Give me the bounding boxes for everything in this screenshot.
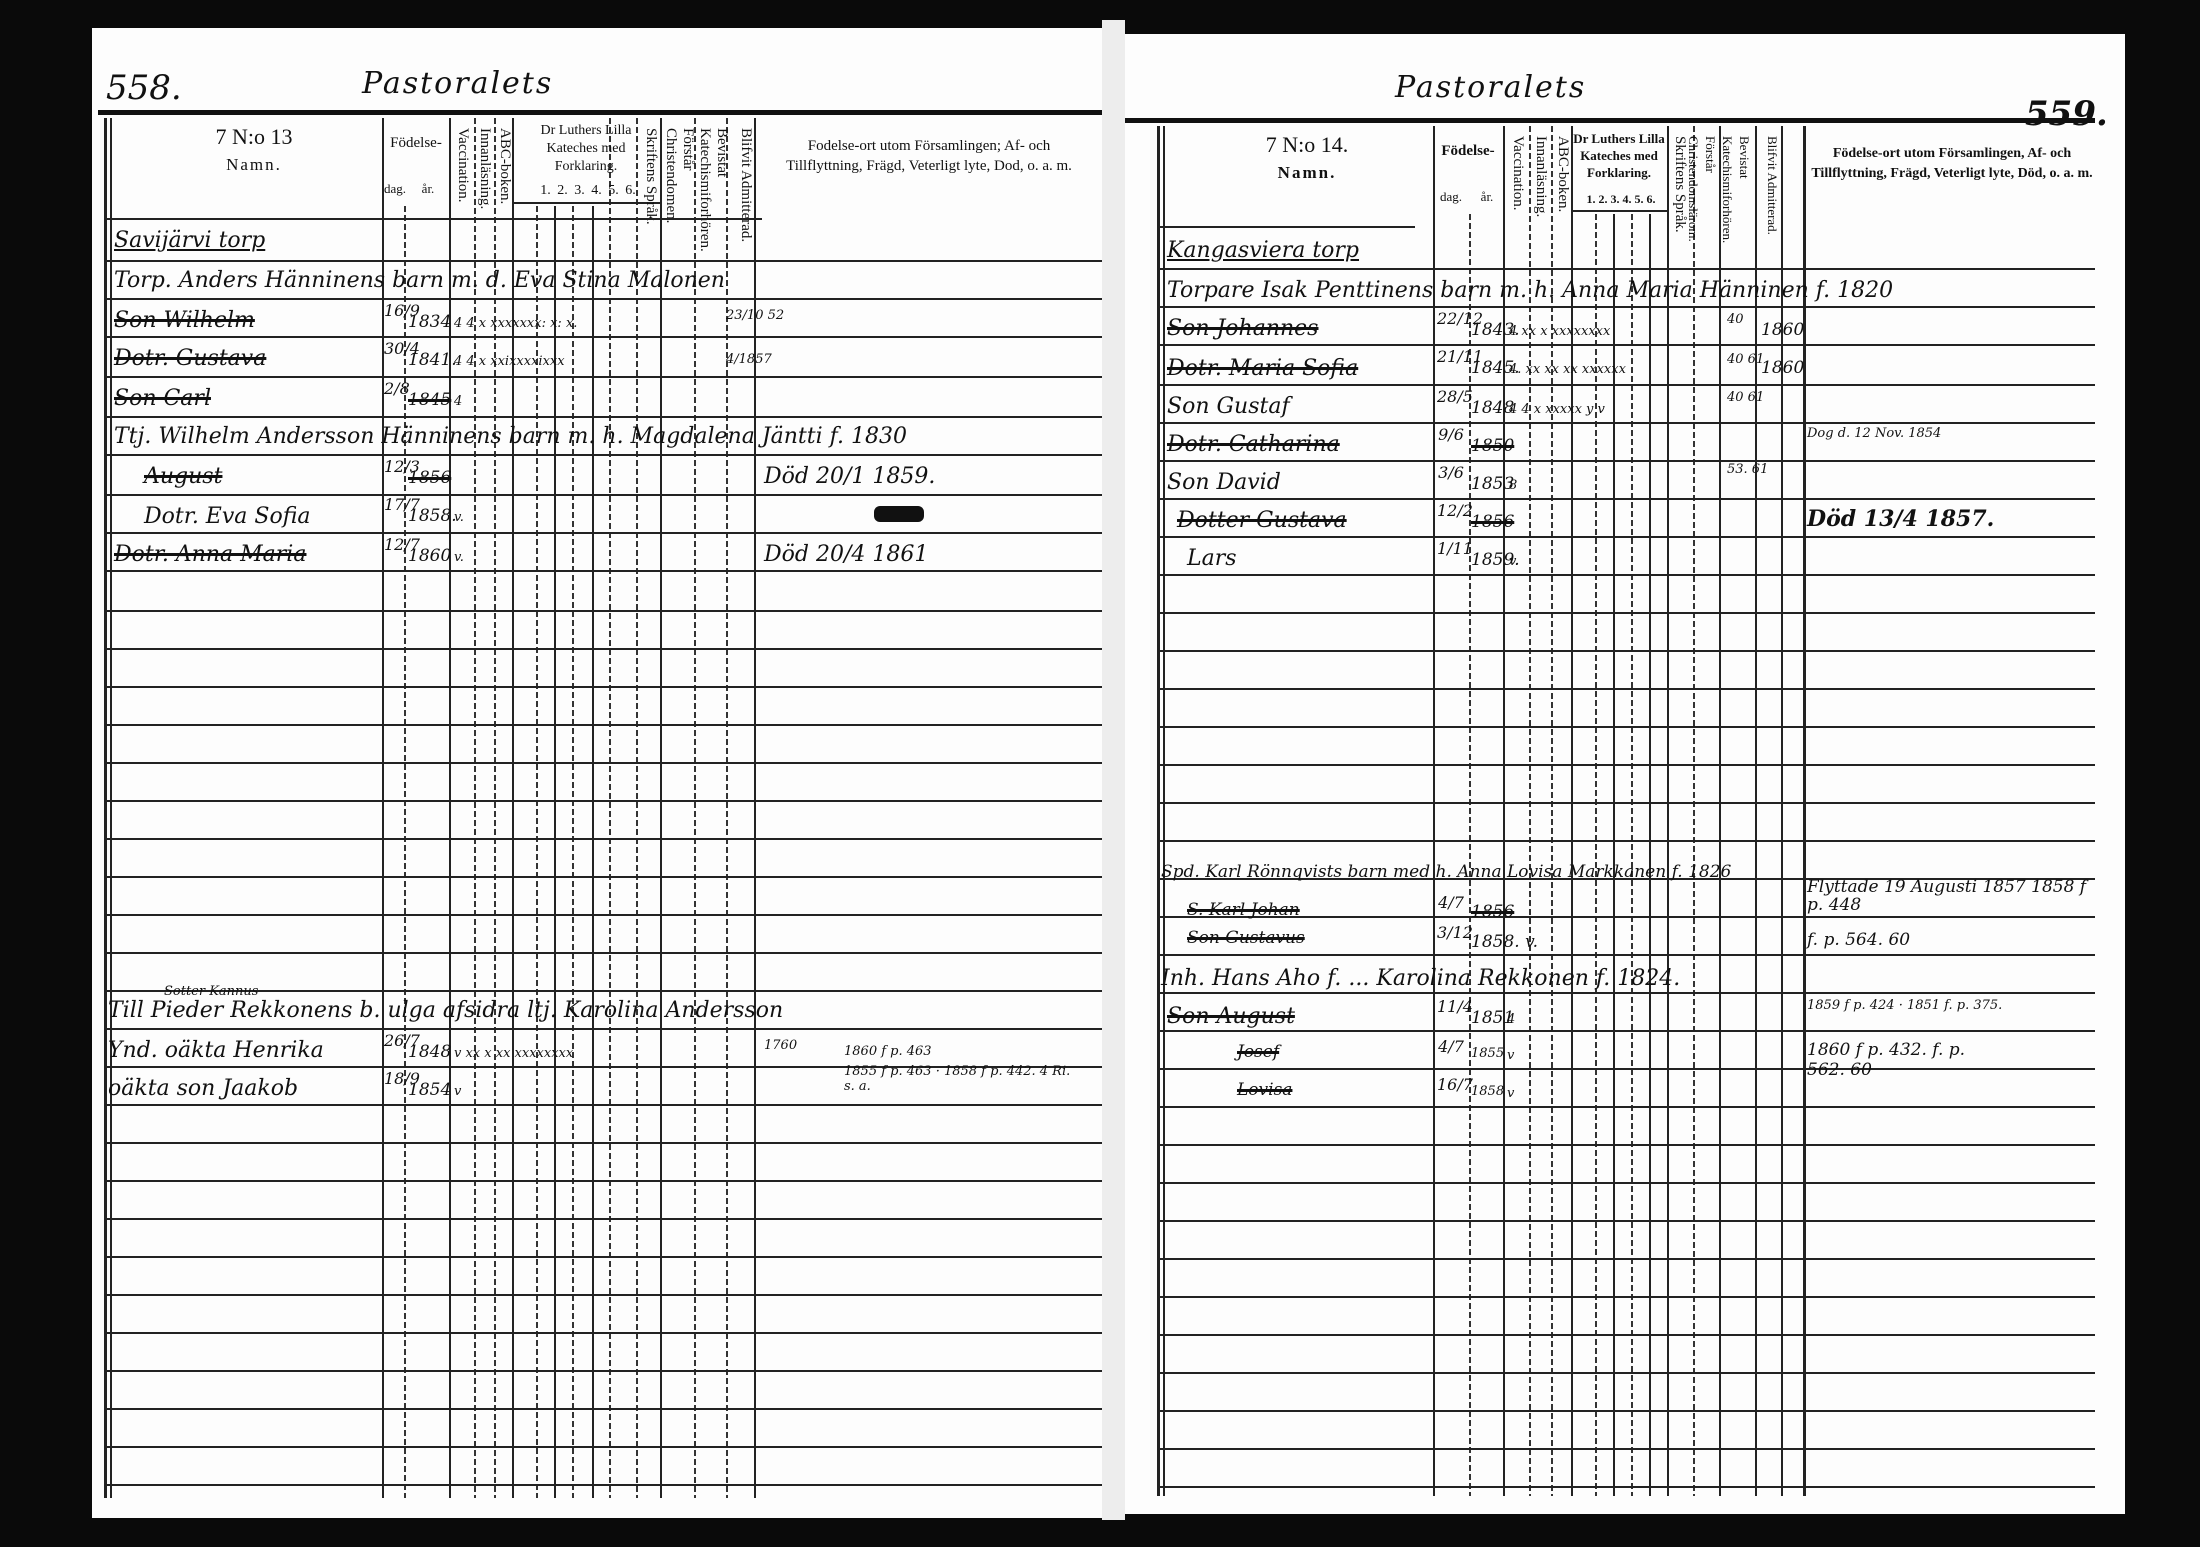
person-name: Son Johannes bbox=[1167, 316, 1318, 341]
remark: Död 13/4 1857. bbox=[1807, 506, 1994, 532]
remark: Flyttade 19 Augusti 1857 1858 f p. 448 bbox=[1807, 878, 2097, 914]
running-head: Pastoralets bbox=[1395, 70, 1586, 105]
person-name: S. Karl Johan bbox=[1187, 900, 1300, 920]
remark: 1859 f p. 424 · 1851 f. p. 375. bbox=[1807, 998, 2087, 1013]
col-header-birth: Födelse- bbox=[384, 132, 448, 154]
col-header-abc: ABC-boken. bbox=[496, 128, 513, 204]
person-name: August bbox=[144, 464, 222, 489]
person-name: Josef bbox=[1237, 1042, 1279, 1062]
remark: 1860 f p. 463 bbox=[844, 1044, 932, 1059]
ink-blot bbox=[874, 506, 924, 522]
catechism-subcols: 1. 2. 3. 4. 5. 6. bbox=[516, 180, 660, 202]
remark: 1860 f p. 432. f. p. 562. 60 bbox=[1807, 1040, 2007, 1080]
remark: Död 20/4 1861 bbox=[764, 542, 928, 567]
head-of-household: Torpare Isak Penttinens barn m. h. Anna … bbox=[1167, 278, 1893, 303]
person-name: Dotr. Anna Maria bbox=[114, 542, 306, 567]
right-page: Pastoralets 559. 7 N:o 14. Namn. Födelse… bbox=[1125, 34, 2125, 1514]
col-header-reading: Innanläsning. bbox=[476, 128, 493, 209]
head-of-household: Inh. Hans Aho f. ... Karolina Rekkonen f… bbox=[1161, 966, 1680, 991]
person-name: Dotr. Maria Sofia bbox=[1167, 356, 1358, 381]
person-name: Son Wilhelm bbox=[114, 308, 255, 333]
col-header-day: dag. bbox=[384, 178, 406, 200]
col-header-birth: Födelse- bbox=[1435, 140, 1501, 162]
person-name: Son Gustavus bbox=[1187, 928, 1305, 948]
col-header-scripture: Skriftens Språk. bbox=[642, 128, 659, 225]
head-of-household: Torp. Anders Hänninens barn m. d. Eva St… bbox=[114, 268, 725, 293]
col-header-catechism-hearings: Bevistat Katechismiforhören. bbox=[700, 128, 730, 248]
col-header-abc: ABC-boken. bbox=[1554, 136, 1571, 212]
col-header-christian: Förstår Christendomslärom. bbox=[1695, 136, 1719, 256]
person-name: Son Gustaf bbox=[1167, 394, 1290, 419]
folio-number: 558. bbox=[106, 68, 182, 108]
person-name: Son August bbox=[1167, 1004, 1295, 1029]
col-header-catechism: Dr Luthers Lilla Kateches med Forklaring… bbox=[514, 122, 658, 176]
top-rule bbox=[98, 110, 1102, 115]
person-name: Dotr. Catharina bbox=[1167, 432, 1340, 457]
top-rule bbox=[1125, 118, 2095, 123]
col-header-catechism: Dr Luthers Lilla Kateches med Forklaring… bbox=[1571, 130, 1667, 181]
running-head: Pastoralets bbox=[362, 66, 553, 101]
col-header-day: dag. bbox=[1435, 186, 1467, 208]
remark: 1855 f p. 463 · 1858 f p. 442. 4 Ri. s. … bbox=[844, 1064, 1084, 1094]
col-header-year: år. bbox=[1471, 186, 1503, 208]
remark: f. p. 564. 60 bbox=[1807, 930, 1910, 950]
col-header-reading: Innanläsning. bbox=[1532, 136, 1549, 217]
register-table-left: 7 N:o 13 Namn. Födelse- dag. år. Vaccina… bbox=[104, 118, 1102, 1498]
col-header-name: Namn. bbox=[164, 154, 344, 176]
remark: Dog d. 12 Nov. 1854 bbox=[1807, 426, 1941, 441]
person-name: Dotr. Eva Sofia bbox=[144, 504, 311, 529]
col-header-remarks: Födelse-ort utom Församlingen, Af- och T… bbox=[1807, 144, 2097, 184]
person-name: Lars bbox=[1187, 546, 1237, 571]
col-header-vaccination: Vaccination. bbox=[454, 128, 471, 203]
remark: Död 20/1 1859. bbox=[764, 464, 935, 489]
place-name: Kangasviera torp bbox=[1167, 238, 1359, 263]
register-table-right: 7 N:o 14. Namn. Födelse- dag. år. Vaccin… bbox=[1157, 126, 2095, 1496]
head-of-household: Spd. Karl Rönnqvists barn med h. Anna Lo… bbox=[1161, 862, 1731, 882]
household-number: 7 N:o 14. bbox=[1217, 134, 1397, 156]
household-number: 7 N:o 13 bbox=[164, 126, 344, 148]
col-header-christian: Förstår Christendomen. bbox=[666, 128, 696, 248]
person-name: Son David bbox=[1167, 470, 1281, 495]
col-header-admitted: Blifvit Admitterad. bbox=[730, 128, 754, 248]
place-name: Savijärvi torp bbox=[114, 228, 265, 253]
book-gutter bbox=[1102, 20, 1125, 1520]
col-header-vaccination: Vaccination. bbox=[1509, 136, 1526, 211]
head-of-household: Ttj. Wilhelm Andersson Hänninens barn m.… bbox=[114, 424, 907, 449]
person-name: Dotter Gustava bbox=[1177, 508, 1347, 533]
person-name: Son Carl bbox=[114, 386, 211, 411]
col-header-name: Namn. bbox=[1217, 162, 1397, 184]
person-name: Ynd. oäkta Henrika bbox=[108, 1038, 324, 1063]
person-name: Dotr. Gustava bbox=[114, 346, 266, 371]
left-page: 558. Pastoralets 7 N:o 13 Namn. Födelse-… bbox=[92, 28, 1102, 1518]
col-header-year: år. bbox=[408, 178, 448, 200]
person-name: oäkta son Jaakob bbox=[108, 1076, 298, 1101]
col-header-catechism-hearings: Bevistat Katechismiforhören. bbox=[1723, 136, 1753, 256]
col-header-admitted: Blifvit Admitterad. bbox=[1759, 136, 1781, 256]
person-name: Lovisa bbox=[1237, 1080, 1292, 1100]
catechism-subcols: 1. 2. 3. 4. 5. 6. bbox=[1573, 188, 1669, 210]
col-header-remarks: Fodelse-ort utom Församlingen; Af- och T… bbox=[769, 136, 1089, 176]
head-of-household: Till Pieder Rekkonens b. ulga afsidra lt… bbox=[108, 998, 783, 1023]
